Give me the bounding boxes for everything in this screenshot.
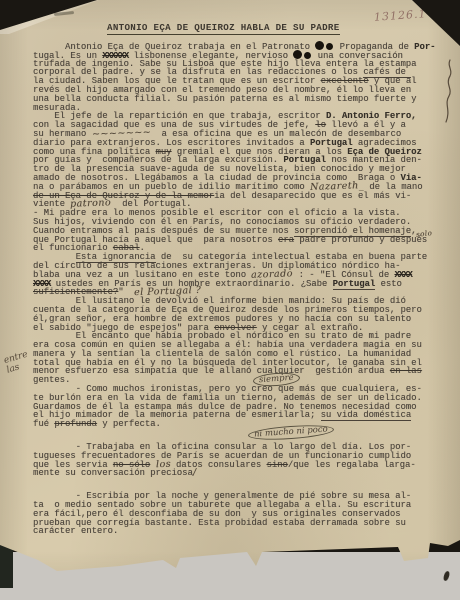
ink-mark [443, 570, 451, 581]
text-line: Antonio Eça de Queiroz trabaja en el Pat… [33, 42, 452, 51]
typewritten-body: Antonio Eça de Queiroz trabaja en el Pat… [33, 42, 452, 536]
archive-number-annotation: 13126.1 [374, 7, 427, 24]
text-line: menor esfuerzo esa simpatía que le allan… [33, 367, 452, 376]
text-line: mente su conversación preciosa/ [33, 469, 452, 478]
text-line: carácter entero. [33, 527, 452, 536]
scanned-document-page: 13126.1 ANTONIO EÇA DE QUEIROZ HABLA DE … [0, 0, 460, 600]
document-title: ANTONIO EÇA DE QUEIROZ HABLA DE SU PADRE [0, 23, 460, 33]
text-line [33, 429, 452, 443]
paper-sheet: 13126.1 ANTONIO EÇA DE QUEIROZ HABLA DE … [0, 0, 460, 600]
text-line [33, 478, 452, 492]
text-line: una bella conducta filial. Su pasión pat… [33, 95, 452, 104]
text-line: fué profunda y perfecta. [33, 420, 452, 429]
